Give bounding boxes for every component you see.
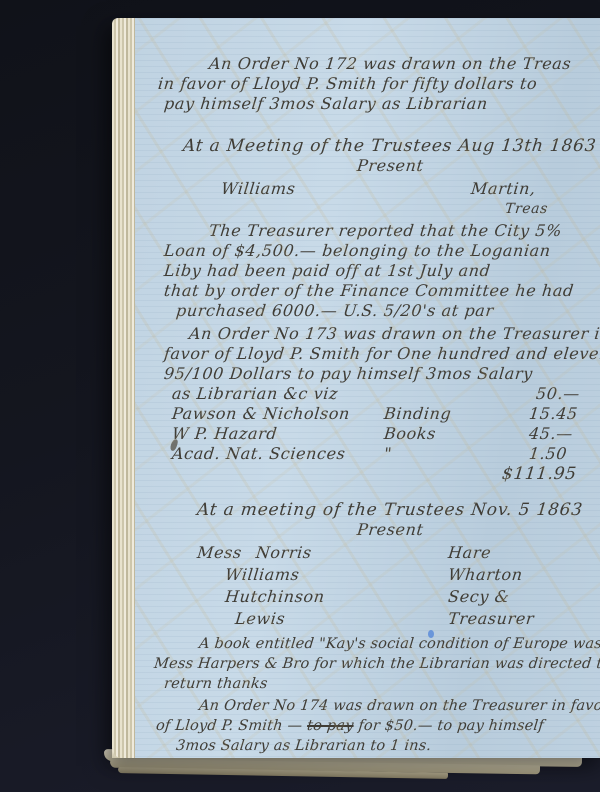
manuscript-line: An Order No 172 was drawn on the Treas xyxy=(208,54,600,74)
account-table: Pawson & Nicholson Binding 15.45 W P. Ha… xyxy=(163,404,600,484)
attendee-title: Treas xyxy=(504,199,549,219)
attendee-group: Martin, Treas xyxy=(470,179,547,219)
photo-background: An Order No 172 was drawn on the Treas i… xyxy=(0,0,600,792)
manuscript-line: favor of Lloyd P. Smith for One hundred … xyxy=(163,344,600,364)
entry-order-174: An Order No 174 was drawn on the Treasur… xyxy=(163,696,600,756)
account-amount: 50.— xyxy=(535,384,600,404)
page-stack-left-edge xyxy=(112,18,136,758)
account-payee: W P. Hazard xyxy=(171,424,385,444)
manuscript-line: pay himself 3mos Salary as Librarian xyxy=(163,94,600,114)
manuscript-line: purchased 6000.— U.S. 5/20's at par xyxy=(175,301,600,321)
account-amount: 15.45 xyxy=(528,404,600,424)
account-amount: 1.50 xyxy=(528,444,600,464)
manuscript-line: return thanks xyxy=(163,674,600,694)
entry-treasurer-report: The Treasurer reported that the City 5% … xyxy=(163,221,600,321)
manuscript-page: An Order No 172 was drawn on the Treas i… xyxy=(112,18,600,758)
account-payee: Pawson & Nicholson xyxy=(171,404,385,424)
manuscript-line: that by order of the Finance Committee h… xyxy=(163,281,600,301)
manuscript-line: 3mos Salary as Librarian to 1 ins. xyxy=(175,736,600,756)
entry-order-173: An Order No 173 was drawn on the Treasur… xyxy=(163,324,600,404)
manuscript-line: The Treasurer reported that the City 5% xyxy=(208,221,600,241)
manuscript-line: A book entitled "Kay's social condition … xyxy=(198,634,600,654)
account-row: W P. Hazard Books 45.— xyxy=(163,424,600,444)
struck-out-text: to pay xyxy=(306,718,354,734)
meeting-heading-text: At a meeting of the Trustees Nov. 5 1863 xyxy=(196,500,584,520)
entry-book-received: A book entitled "Kay's social condition … xyxy=(163,634,600,694)
account-payee: Acad. Nat. Sciences xyxy=(171,444,385,464)
account-row: Pawson & Nicholson Binding 15.45 xyxy=(163,404,600,424)
manuscript-line: of Lloyd P. Smith — to pay for $50.— to … xyxy=(155,716,600,736)
account-item-ditto: " xyxy=(383,444,530,464)
manuscript-line: in favor of Lloyd P. Smith for fifty dol… xyxy=(157,74,600,94)
attendee-name: Hutchinson xyxy=(224,586,326,608)
attendee-title: Treasurer xyxy=(447,608,535,630)
attendee-title: Secy & xyxy=(447,586,535,608)
attendees-left-column: MessNorris Williams Hutchinson Lewis xyxy=(196,542,324,630)
meeting-heading-text: At a Meeting of the Trustees Aug 13th 18… xyxy=(182,136,597,156)
manuscript-line: An Order No 174 was drawn on the Treasur… xyxy=(198,696,600,716)
entry-order-172: An Order No 172 was drawn on the Treas i… xyxy=(163,54,600,114)
attendees-nov: MessNorris Williams Hutchinson Lewis Har… xyxy=(163,542,600,630)
handwritten-text: An Order No 172 was drawn on the Treas i… xyxy=(163,18,600,756)
present-text: Present xyxy=(356,520,425,540)
manuscript-line: 95/100 Dollars to pay himself 3mos Salar… xyxy=(163,364,600,384)
manuscript-line: Mess Harpers & Bro for which the Librari… xyxy=(153,654,600,674)
manuscript-line: Loan of $4,500.— belonging to the Logani… xyxy=(163,241,600,261)
attendee-name: Williams xyxy=(224,564,326,586)
attendee-name: MessNorris xyxy=(196,542,326,564)
attendee-name: Wharton xyxy=(447,564,535,586)
attendee-name: Hare xyxy=(447,542,535,564)
present-label: Present xyxy=(163,520,600,540)
line-segment: of Lloyd P. Smith — xyxy=(155,718,303,734)
attendee-name: Lewis xyxy=(234,608,326,630)
present-label: Present xyxy=(163,156,600,176)
account-amount: 45.— xyxy=(528,424,600,444)
account-item: Binding xyxy=(383,404,530,424)
account-line-salary: as Librarian &c viz 50.— xyxy=(163,384,600,404)
attendees-aug: Williams Martin, Treas xyxy=(163,179,600,219)
present-text: Present xyxy=(356,156,425,176)
account-total: $111.95 xyxy=(501,464,600,484)
attendee-name-text: Norris xyxy=(255,543,313,562)
manuscript-line: Liby had been paid off at 1st July and xyxy=(163,261,600,281)
account-row: Acad. Nat. Sciences " 1.50 xyxy=(163,444,600,464)
attendee-prefix: Mess xyxy=(196,543,243,562)
manuscript-line: An Order No 173 was drawn on the Treasur… xyxy=(188,324,600,344)
paper-sheet: An Order No 172 was drawn on the Treas i… xyxy=(135,18,600,758)
attendee-name: Williams xyxy=(218,179,297,219)
attendee-name: Martin, xyxy=(470,179,549,199)
account-description: as Librarian &c viz xyxy=(171,384,537,404)
attendees-right-column: Hare Wharton Secy & Treasurer xyxy=(447,542,533,630)
account-item: Books xyxy=(383,424,530,444)
meeting-heading-aug: At a Meeting of the Trustees Aug 13th 18… xyxy=(163,136,600,156)
line-segment: for $50.— to pay himself xyxy=(358,718,545,734)
meeting-heading-nov: At a meeting of the Trustees Nov. 5 1863 xyxy=(163,500,600,520)
